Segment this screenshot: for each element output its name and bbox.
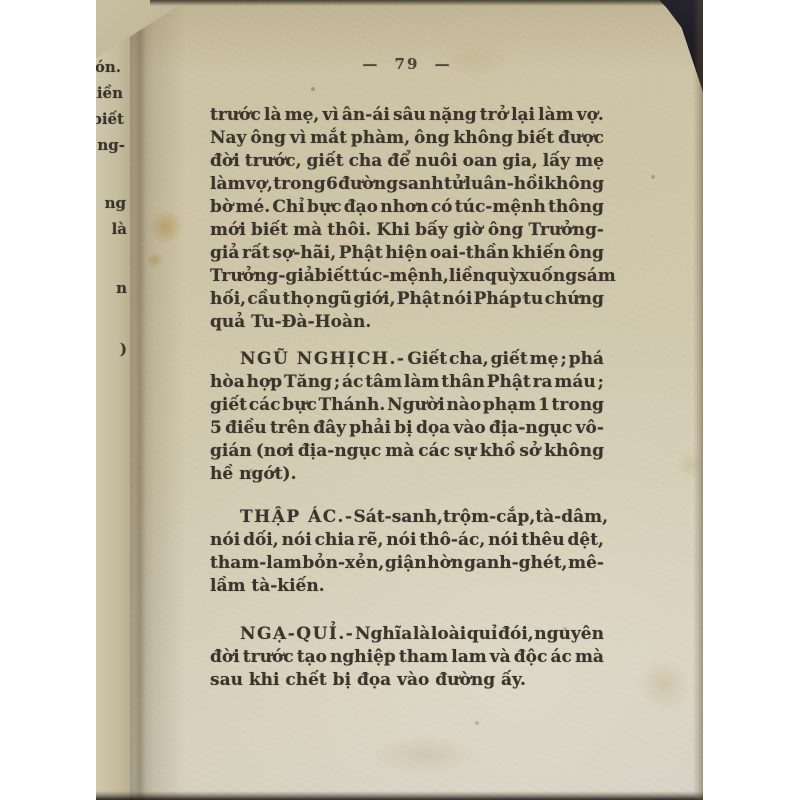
paragraph: THẬP ÁC.-Sát-sanh,trộm-cắp,tà-dâm,nóidối… — [210, 506, 604, 598]
section-heading: NGŨ NGHỊCH.- — [240, 348, 405, 371]
text-line: giếtcácbựcThánh.Ngườinàophạm1trong — [210, 394, 604, 417]
facing-page-text-fragment: ng- — [97, 136, 125, 154]
section-heading: THẬP ÁC.- — [240, 506, 354, 529]
text-line: NGẠ-QUỈ.-Nghĩalàloàiquỉđói,nguyên — [210, 623, 604, 646]
text-line: sau khi chết bị đọa vào đường ấy. — [210, 669, 604, 692]
text-line: hề ngớt). — [210, 463, 604, 486]
text-line: mớibiếtmàthôi.KhibấygiờôngTrưởng- — [210, 219, 604, 242]
facing-page-text-fragment: biết — [96, 110, 124, 128]
text-line: 5điềutrênđâyphảibịdọavàođịa-ngụcvô- — [210, 417, 604, 440]
text-block: trướclàmẹ,vìân-áisâunặngtrởlạilàmvợ.Nayô… — [210, 104, 604, 692]
photo-background: { "page": { "number_label": "— 79 —", "p… — [0, 0, 800, 800]
page-number: — 79 — — [210, 55, 604, 73]
paragraph: NGẠ-QUỈ.-Nghĩalàloàiquỉđói,nguyênđờitrướ… — [210, 623, 604, 692]
paragraph: NGŨ NGHỊCH.-Giếtcha,giếtmẹ;pháhòahợpTăng… — [210, 348, 604, 486]
paper-specks — [0, 0, 2, 2]
text-line: tham-lambỏn-xẻn,giậnhờnganh-ghét,mê- — [210, 552, 604, 575]
text-line: đờitrước,giếtchađểnuôioangia,lấymẹ — [210, 150, 604, 173]
paragraph: trướclàmẹ,vìân-áisâunặngtrởlạilàmvợ.Nayô… — [210, 104, 604, 334]
text-line: giảrấtsợ-hãi,Phậthiệnoai-thầnkhiếnông — [210, 242, 604, 265]
facing-page-text-fragment: liền — [96, 84, 123, 102]
facing-page-text-fragment: ng — [105, 194, 126, 212]
binding-crease — [134, 0, 146, 800]
text-line: Trưởng-giảbiếttúc-mệnh,liềnquỳxuốngsám — [210, 265, 604, 288]
text-line: Nayôngvìmắtphàm,ôngkhôngbiếtđược — [210, 127, 604, 150]
section-heading: NGẠ-QUỈ.- — [240, 623, 354, 646]
text-line: lầm tà-kiến. — [210, 575, 604, 598]
text-line: gián(nơiđịa-ngụcmàcácsựkhồsởkhông — [210, 440, 604, 463]
text-line: hòahợpTăng;áctâmlàmthânPhậtramáu; — [210, 371, 604, 394]
text-line: NGŨ NGHỊCH.-Giếtcha,giếtmẹ;phá — [210, 348, 604, 371]
text-line: nóidối,nóichiarẽ,nóithô-ác,nóithêudệt, — [210, 529, 604, 552]
facing-page-text-fragment: ón. — [96, 58, 121, 76]
text-line: đờitrướctạonghiệpthamlamvàđộcácmà — [210, 646, 604, 669]
text-line: THẬP ÁC.-Sát-sanh,trộm-cắp,tà-dâm, — [210, 506, 604, 529]
text-line: hối,cầuthọngũgiới,PhậtnóiPháptuchứng — [210, 288, 604, 311]
text-line: quả Tu-Đà-Hoàn. — [210, 311, 604, 334]
facing-page-text-fragment: là — [112, 220, 127, 238]
page-bottom-edge-shadow — [96, 791, 703, 800]
facing-page-edge: ón.liềnbiếtng-nglàn) — [96, 0, 130, 800]
page-right-fore-edge — [693, 0, 703, 800]
text-line: làmvợ,trong6đườngsanhtửluân-hồikhông — [210, 173, 604, 196]
page-top-edge-shadow — [150, 0, 703, 6]
text-line: bờmé.Chỉbựcđạonhơncótúc-mệnhthông — [210, 196, 604, 219]
facing-page-text-fragment: ) — [120, 340, 127, 358]
text-line: trướclàmẹ,vìân-áisâunặngtrởlạilàmvợ. — [210, 104, 604, 127]
facing-page-text-fragment: n — [116, 279, 127, 297]
